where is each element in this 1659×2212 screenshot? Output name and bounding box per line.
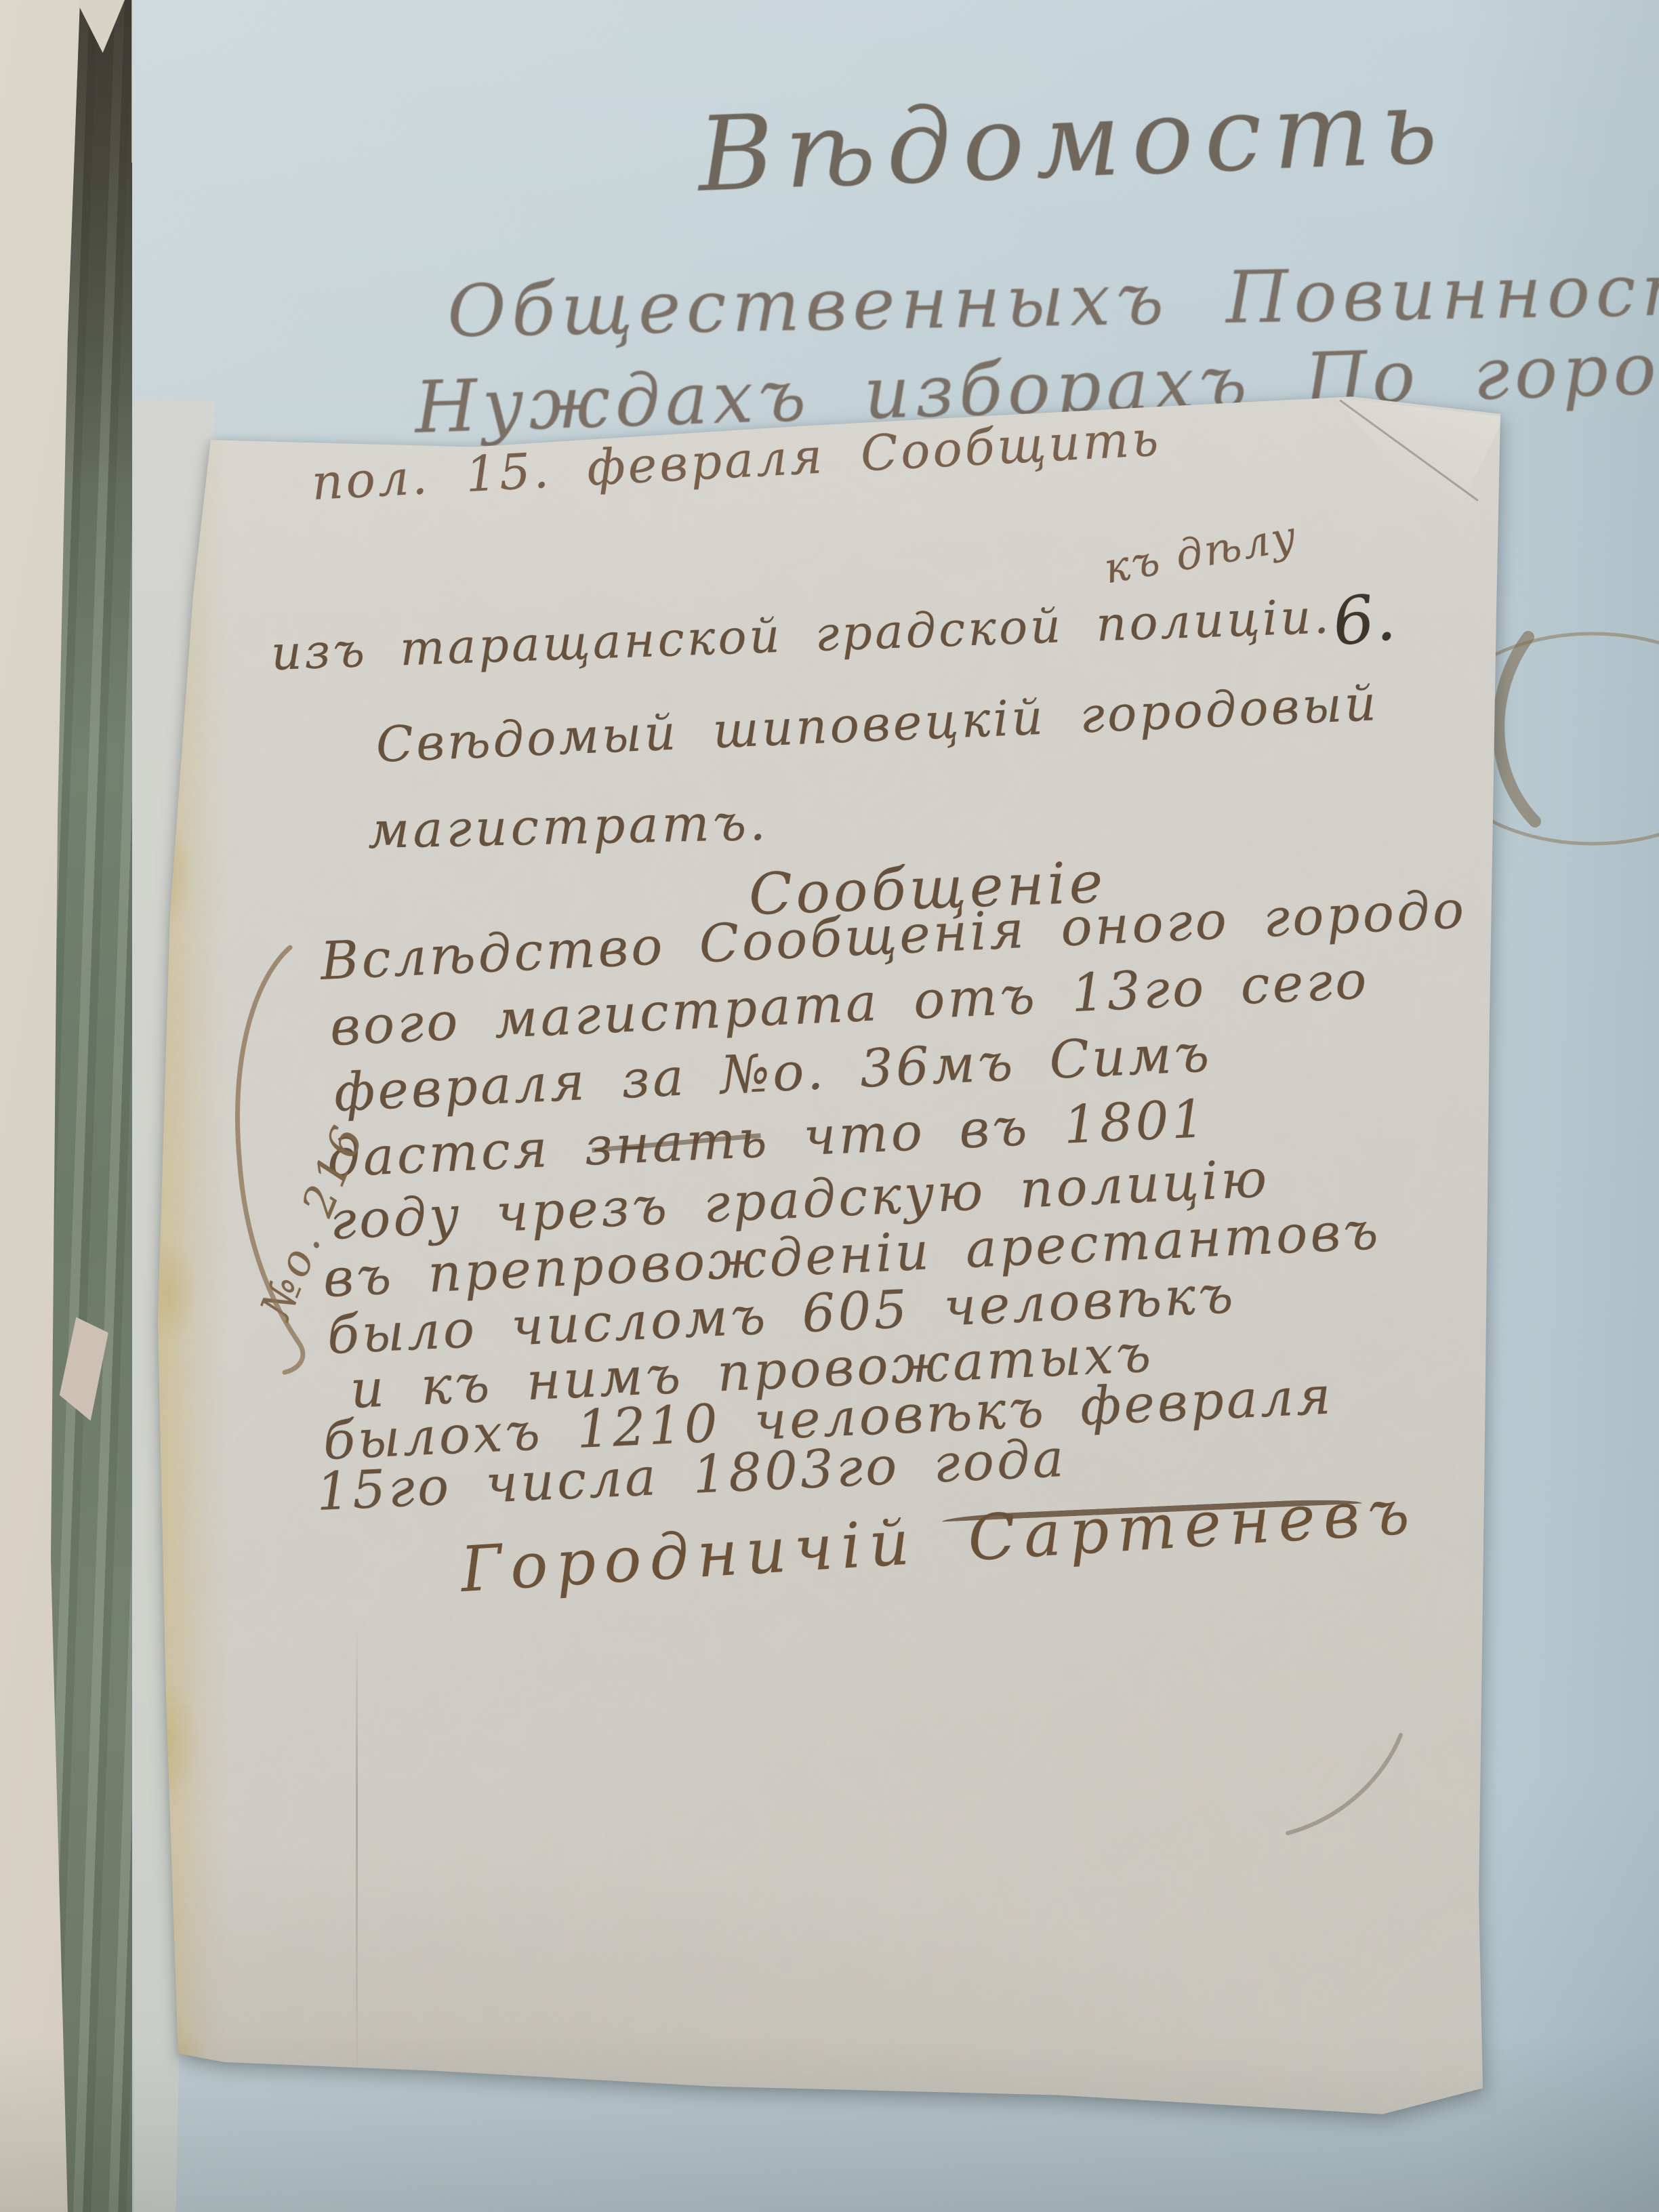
document-shading [152,390,1504,2125]
photograph: Вѣдомость Общественныхъ Повинностяхъ Нуж… [0,0,1659,2212]
inserted-document: пол. 15. февраля Сообщить къ дѣлу изъ та… [152,390,1504,2125]
document-sheet: пол. 15. февраля Сообщить къ дѣлу изъ та… [152,390,1504,2125]
